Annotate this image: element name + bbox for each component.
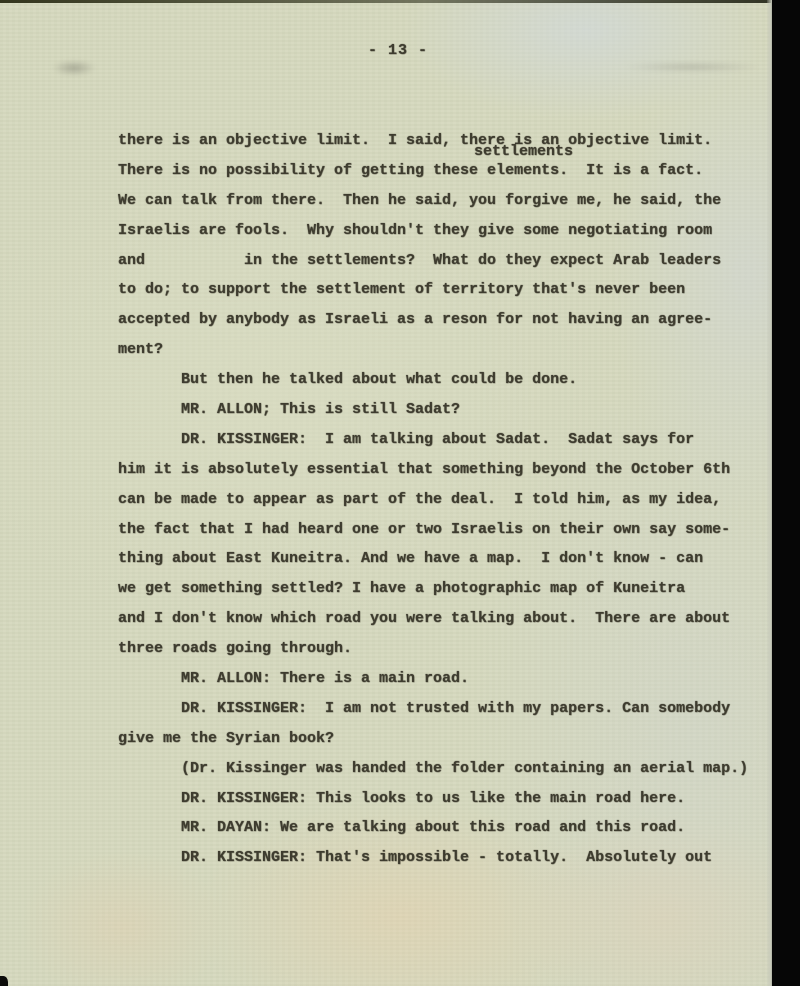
text-line: (Dr. Kissinger was handed the folder con…: [118, 754, 766, 784]
text-line: accepted by anybody as Israeli as a reso…: [118, 305, 766, 335]
paper-right-edge: [767, 0, 772, 986]
ink-smudge: [52, 60, 96, 76]
text-line: we get something settled? I have a photo…: [118, 574, 766, 604]
text-line: We can talk from there. Then he said, yo…: [118, 186, 766, 216]
text-line: There is no possibility of getting these…: [118, 156, 766, 186]
text-line: Israelis are fools. Why shouldn't they g…: [118, 216, 766, 246]
text-line: there is an objective limit. I said, the…: [118, 126, 766, 156]
text-line: can be made to appear as part of the dea…: [118, 485, 766, 515]
typewritten-text: there is an objective limit. I said, the…: [118, 126, 766, 873]
text-line: MR. ALLON: There is a main road.: [118, 664, 766, 694]
text-line: But then he talked about what could be d…: [118, 365, 766, 395]
paper-sheet: - 13 - there is an objective limit. I sa…: [0, 0, 771, 986]
page-number: - 13 -: [368, 42, 428, 59]
text-line: MR. ALLON; This is still Sadat?: [118, 395, 766, 425]
text-line: DR. KISSINGER: That's impossible - total…: [118, 843, 766, 873]
text-line: thing about East Kuneitra. And we have a…: [118, 544, 766, 574]
scan-edge-top: [0, 0, 771, 3]
text-line: and I don't know which road you were tal…: [118, 604, 766, 634]
text-line: DR. KISSINGER: I am talking about Sadat.…: [118, 425, 766, 455]
text-line: give me the Syrian book?: [118, 724, 766, 754]
text-line: to do; to support the settlement of terr…: [118, 275, 766, 305]
ink-smudge: [628, 62, 758, 72]
text-line: the fact that I had heard one or two Isr…: [118, 515, 766, 545]
scanned-document-page: - 13 - there is an objective limit. I sa…: [0, 0, 800, 986]
text-line: DR. KISSINGER: This looks to us like the…: [118, 784, 766, 814]
scan-corner-mark: [0, 976, 8, 986]
text-line: three roads going through.: [118, 634, 766, 664]
interline-insertion-settlements: settlements: [474, 143, 573, 160]
text-line: MR. DAYAN: We are talking about this roa…: [118, 813, 766, 843]
text-line: him it is absolutely essential that some…: [118, 455, 766, 485]
text-line: ment?: [118, 335, 766, 365]
text-line: DR. KISSINGER: I am not trusted with my …: [118, 694, 766, 724]
text-line: and in the settlements? What do they exp…: [118, 246, 766, 276]
